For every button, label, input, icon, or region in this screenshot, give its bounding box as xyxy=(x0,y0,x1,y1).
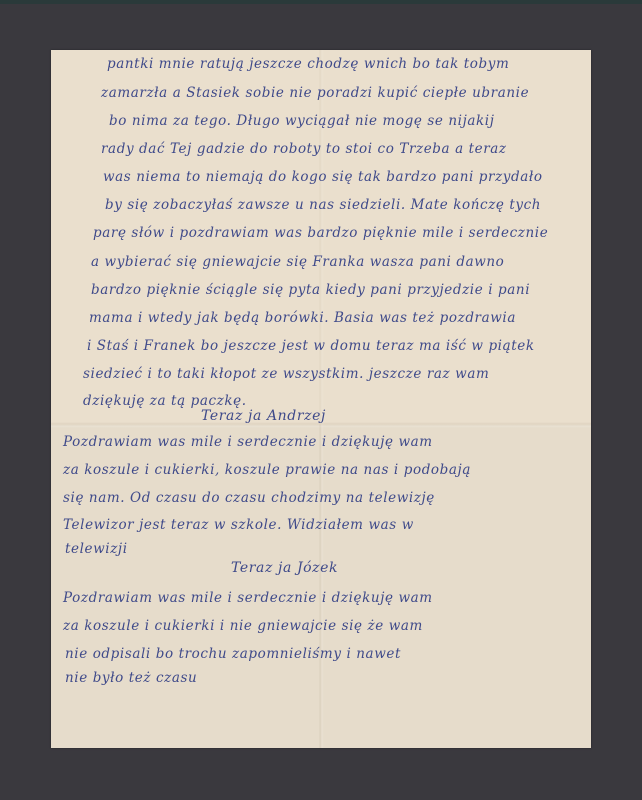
letter-line: was niema to niemają do kogo się tak bar… xyxy=(103,169,543,185)
letter-line: rady dać Tej gadzie do roboty to stoi co… xyxy=(101,141,507,157)
letter-line: nie było też czasu xyxy=(65,670,197,686)
letter-line: zamarzła a Stasiek sobie nie poradzi kup… xyxy=(101,85,529,101)
letter-page: pantki mnie ratują jeszcze chodzę wnich … xyxy=(51,50,591,748)
section-heading-andrzej: Teraz ja Andrzej xyxy=(201,408,326,424)
letter-line: mama i wtedy jak będą borówki. Basia was… xyxy=(89,310,516,326)
letter-line: a wybierać się gniewajcie się Franka was… xyxy=(91,254,504,270)
letter-line: za koszule i cukierki, koszule prawie na… xyxy=(63,462,471,478)
letter-line: Telewizor jest teraz w szkole. Widziałem… xyxy=(63,517,414,533)
letter-line: pantki mnie ratują jeszcze chodzę wnich … xyxy=(107,56,509,72)
letter-line: Pozdrawiam was mile i serdecznie i dzięk… xyxy=(63,590,433,606)
letter-line: bardzo pięknie ściągle się pyta kiedy pa… xyxy=(91,282,530,298)
letter-line: telewizji xyxy=(65,541,128,557)
section-heading-jozek: Teraz ja Józek xyxy=(231,560,338,576)
letter-line: nie odpisali bo trochu zapomnieliśmy i n… xyxy=(65,646,401,662)
letter-line: i Staś i Franek bo jeszcze jest w domu t… xyxy=(87,338,535,354)
letter-line: dziękuję za tą paczkę. xyxy=(83,393,247,409)
letter-line: się nam. Od czasu do czasu chodzimy na t… xyxy=(63,490,435,506)
scanner-edge-strip xyxy=(0,0,642,4)
letter-line: siedzieć i to taki kłopot ze wszystkim. … xyxy=(83,366,489,382)
letter-line: by się zobaczyłaś zawsze u nas siedzieli… xyxy=(105,197,541,213)
letter-line: za koszule i cukierki i nie gniewajcie s… xyxy=(63,618,423,634)
letter-line: Pozdrawiam was mile i serdecznie i dzięk… xyxy=(63,434,433,450)
letter-line: parę słów i pozdrawiam was bardzo piękni… xyxy=(93,225,548,241)
letter-line: bo nima za tego. Długo wyciągał nie mogę… xyxy=(109,113,495,129)
